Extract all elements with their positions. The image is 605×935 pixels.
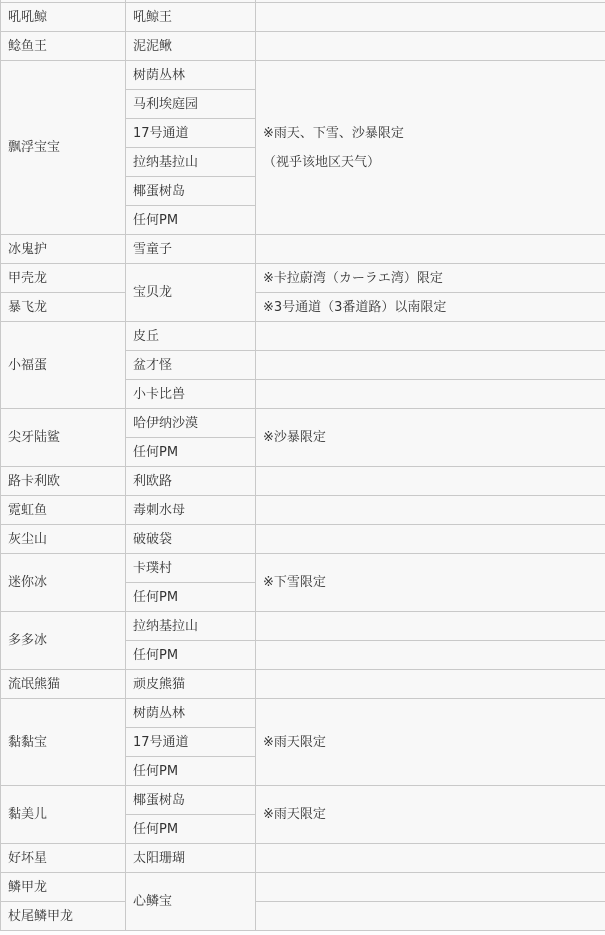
location-cell: 任何PM <box>126 206 256 235</box>
pokemon-cell: 灰尘山 <box>1 525 126 554</box>
location-cell: 利欧路 <box>126 467 256 496</box>
table-row: 迷你冰卡璞村※下雪限定 <box>1 554 605 583</box>
condition-cell <box>256 902 605 931</box>
pokemon-cell: 黏美儿 <box>1 786 126 844</box>
condition-cell: ※雨天限定 <box>256 786 605 844</box>
table-row: 灰尘山破破袋 <box>1 525 605 554</box>
location-cell: 17号通道 <box>126 728 256 757</box>
location-cell: 17号通道 <box>126 119 256 148</box>
table-row: 飘浮宝宝树荫丛林※雨天、下雪、沙暴限定（视乎该地区天气） <box>1 61 605 90</box>
condition-cell <box>256 873 605 902</box>
table-row: 尖牙陆鲨哈伊纳沙漠※沙暴限定 <box>1 409 605 438</box>
pokemon-cell: 迷你冰 <box>1 554 126 612</box>
pokemon-cell: 好坏星 <box>1 844 126 873</box>
condition-cell: ※雨天、下雪、沙暴限定（视乎该地区天气） <box>256 61 605 235</box>
table-row: 黏黏宝树荫丛林※雨天限定 <box>1 699 605 728</box>
table-row: 黏美儿椰蛋树岛※雨天限定 <box>1 786 605 815</box>
table-row: 多多冰拉纳基拉山 <box>1 612 605 641</box>
condition-note-line: （视乎该地区天气） <box>263 148 602 177</box>
table-body: 吼吼鲸吼鲸王鲶鱼王泥泥鳅飘浮宝宝树荫丛林※雨天、下雪、沙暴限定（视乎该地区天气）… <box>1 0 605 931</box>
pokemon-cell: 流氓熊猫 <box>1 670 126 699</box>
location-cell: 任何PM <box>126 583 256 612</box>
location-cell: 小卡比兽 <box>126 380 256 409</box>
table-row: 杖尾鳞甲龙 <box>1 902 605 931</box>
pokemon-cell: 霓虹鱼 <box>1 496 126 525</box>
table-row: 鲶鱼王泥泥鳅 <box>1 32 605 61</box>
condition-cell <box>256 3 605 32</box>
table-row: 冰鬼护雪童子 <box>1 235 605 264</box>
table-row: 鳞甲龙心鳞宝 <box>1 873 605 902</box>
pokemon-cell: 尖牙陆鲨 <box>1 409 126 467</box>
pokemon-cell: 多多冰 <box>1 612 126 670</box>
condition-cell <box>256 380 605 409</box>
table-row: 暴飞龙※3号通道（3番道路）以南限定 <box>1 293 605 322</box>
location-cell: 拉纳基拉山 <box>126 612 256 641</box>
table-row: 好坏星太阳珊瑚 <box>1 844 605 873</box>
location-cell: 顽皮熊猫 <box>126 670 256 699</box>
location-cell: 皮丘 <box>126 322 256 351</box>
condition-cell <box>256 641 605 670</box>
condition-cell: ※雨天限定 <box>256 699 605 786</box>
pokemon-cell: 鳞甲龙 <box>1 873 126 902</box>
location-cell: 椰蛋树岛 <box>126 177 256 206</box>
condition-cell: ※3号通道（3番道路）以南限定 <box>256 293 605 322</box>
location-cell: 哈伊纳沙漠 <box>126 409 256 438</box>
pokemon-cell: 杖尾鳞甲龙 <box>1 902 126 931</box>
pokemon-cell: 黏黏宝 <box>1 699 126 786</box>
table-row: 甲壳龙宝贝龙※卡拉蔚湾（カーラエ湾）限定 <box>1 264 605 293</box>
condition-cell <box>256 496 605 525</box>
location-cell: 树荫丛林 <box>126 61 256 90</box>
pokemon-cell: 飘浮宝宝 <box>1 61 126 235</box>
pokemon-cell: 冰鬼护 <box>1 235 126 264</box>
condition-cell <box>256 525 605 554</box>
condition-cell: ※下雪限定 <box>256 554 605 612</box>
pokemon-cell: 路卡利欧 <box>1 467 126 496</box>
pokemon-cell: 吼吼鲸 <box>1 3 126 32</box>
condition-cell <box>256 32 605 61</box>
location-cell: 毒刺水母 <box>126 496 256 525</box>
table-row: 霓虹鱼毒刺水母 <box>1 496 605 525</box>
location-cell: 吼鲸王 <box>126 3 256 32</box>
location-cell: 宝贝龙 <box>126 264 256 322</box>
location-cell: 任何PM <box>126 815 256 844</box>
condition-note-line: ※雨天、下雪、沙暴限定 <box>263 119 602 148</box>
location-cell: 雪童子 <box>126 235 256 264</box>
condition-cell: ※沙暴限定 <box>256 409 605 467</box>
condition-cell <box>256 235 605 264</box>
location-cell: 任何PM <box>126 757 256 786</box>
location-cell: 任何PM <box>126 438 256 467</box>
pokemon-cell: 暴飞龙 <box>1 293 126 322</box>
condition-cell <box>256 612 605 641</box>
location-cell: 椰蛋树岛 <box>126 786 256 815</box>
pokemon-encounter-table: 吼吼鲸吼鲸王鲶鱼王泥泥鳅飘浮宝宝树荫丛林※雨天、下雪、沙暴限定（视乎该地区天气）… <box>0 0 605 931</box>
location-cell: 马利埃庭园 <box>126 90 256 119</box>
location-cell: 盆才怪 <box>126 351 256 380</box>
pokemon-cell: 甲壳龙 <box>1 264 126 293</box>
condition-cell <box>256 351 605 380</box>
pokemon-cell: 小福蛋 <box>1 322 126 409</box>
location-cell: 树荫丛林 <box>126 699 256 728</box>
condition-cell <box>256 322 605 351</box>
table-row: 吼吼鲸吼鲸王 <box>1 3 605 32</box>
location-cell: 太阳珊瑚 <box>126 844 256 873</box>
table-row: 路卡利欧利欧路 <box>1 467 605 496</box>
condition-cell: ※卡拉蔚湾（カーラエ湾）限定 <box>256 264 605 293</box>
location-cell: 心鳞宝 <box>126 873 256 931</box>
condition-cell <box>256 467 605 496</box>
location-cell: 泥泥鳅 <box>126 32 256 61</box>
location-cell: 拉纳基拉山 <box>126 148 256 177</box>
table-row: 小福蛋皮丘 <box>1 322 605 351</box>
condition-cell <box>256 844 605 873</box>
location-cell: 任何PM <box>126 641 256 670</box>
condition-cell <box>256 670 605 699</box>
location-cell: 破破袋 <box>126 525 256 554</box>
pokemon-cell: 鲶鱼王 <box>1 32 126 61</box>
location-cell: 卡璞村 <box>126 554 256 583</box>
table-row: 流氓熊猫顽皮熊猫 <box>1 670 605 699</box>
